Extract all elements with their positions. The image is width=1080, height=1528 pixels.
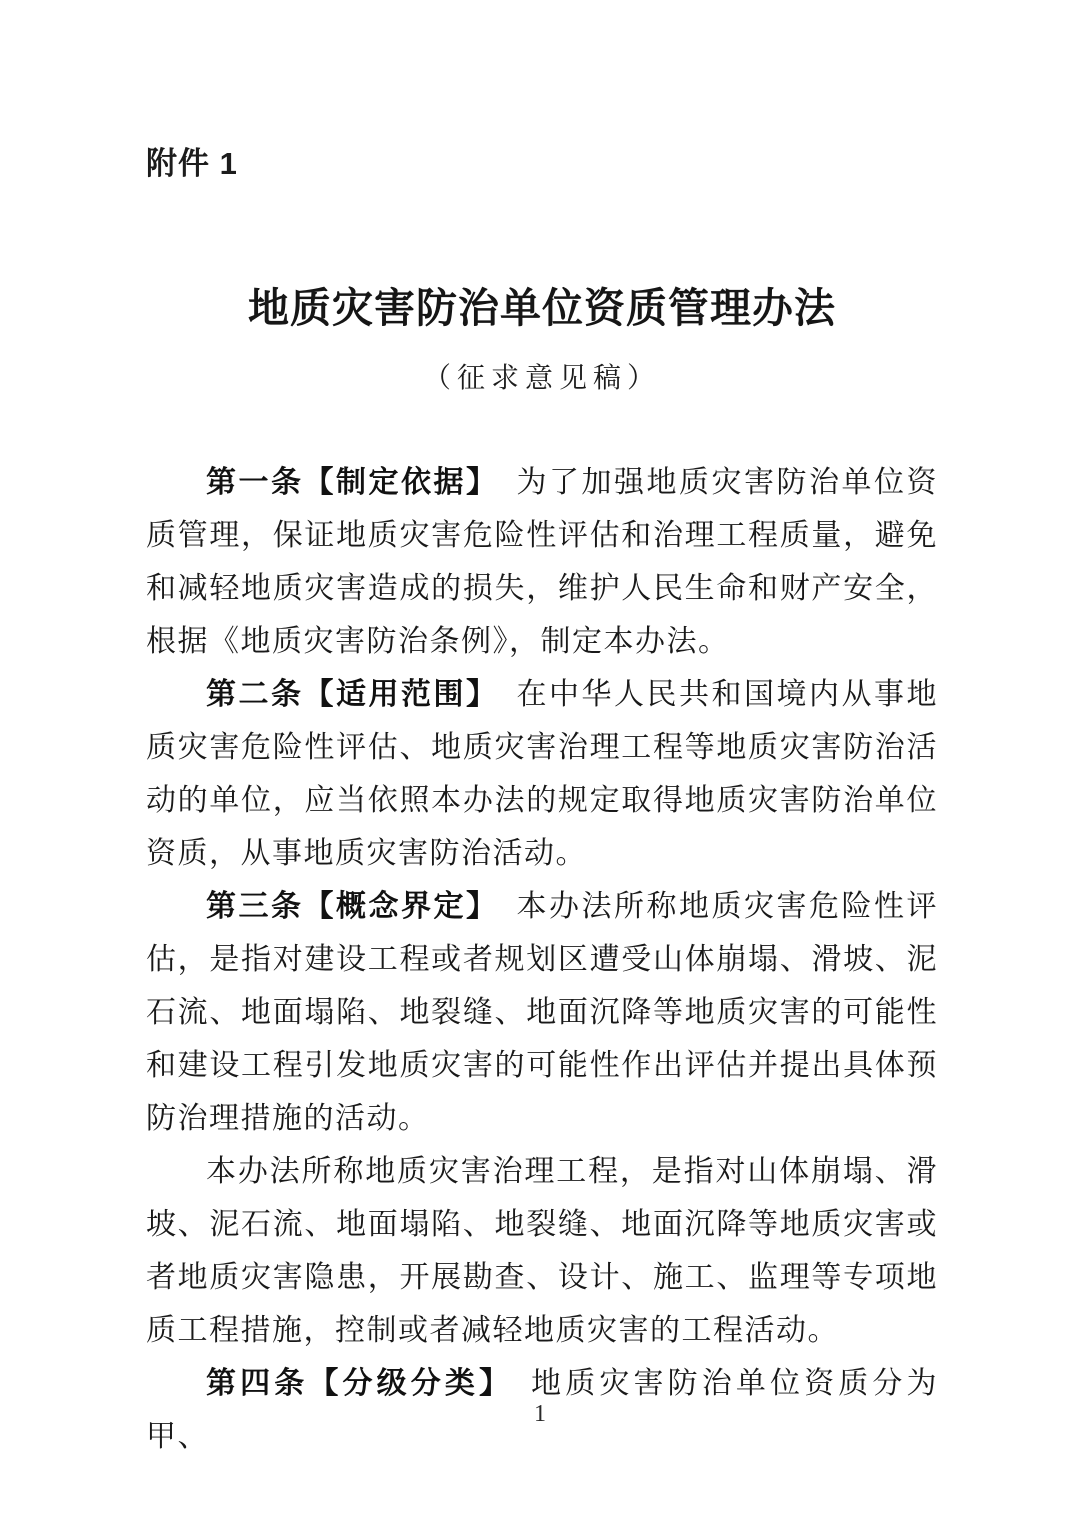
attachment-label: 附件 1	[146, 138, 938, 183]
article-4-text: 本办法所称地质灾害治理工程，是指对山体崩塌、滑坡、泥石流、地面塌陷、地裂缝、地面…	[146, 1155, 938, 1347]
document-page: 附件 1 地质灾害防治单位资质管理办法 （征求意见稿） 第一条【制定依据】为了加…	[0, 0, 1080, 1528]
document-title: 地质灾害防治单位资质管理办法	[146, 275, 938, 334]
article-5-heading: 第四条【分级分类】	[206, 1367, 513, 1400]
article-2-heading: 第二条【适用范围】	[206, 678, 499, 711]
document-body: 第一条【制定依据】为了加强地质灾害防治单位资质管理，保证地质灾害危险性评估和治理…	[146, 456, 938, 1463]
article-3-heading: 第三条【概念界定】	[206, 890, 499, 923]
article-paragraph-1: 第一条【制定依据】为了加强地质灾害防治单位资质管理，保证地质灾害危险性评估和治理…	[146, 456, 938, 668]
page-number: 1	[0, 1401, 1080, 1428]
document-subtitle: （征求意见稿）	[146, 356, 938, 396]
article-paragraph-2: 第二条【适用范围】在中华人民共和国境内从事地质灾害危险性评估、地质灾害治理工程等…	[146, 668, 938, 880]
article-paragraph-4: 本办法所称地质灾害治理工程，是指对山体崩塌、滑坡、泥石流、地面塌陷、地裂缝、地面…	[146, 1145, 938, 1357]
article-3-text: 本办法所称地质灾害危险性评估，是指对建设工程或者规划区遭受山体崩塌、滑坡、泥石流…	[146, 890, 938, 1135]
article-paragraph-3: 第三条【概念界定】本办法所称地质灾害危险性评估，是指对建设工程或者规划区遭受山体…	[146, 880, 938, 1145]
article-1-heading: 第一条【制定依据】	[206, 466, 499, 499]
